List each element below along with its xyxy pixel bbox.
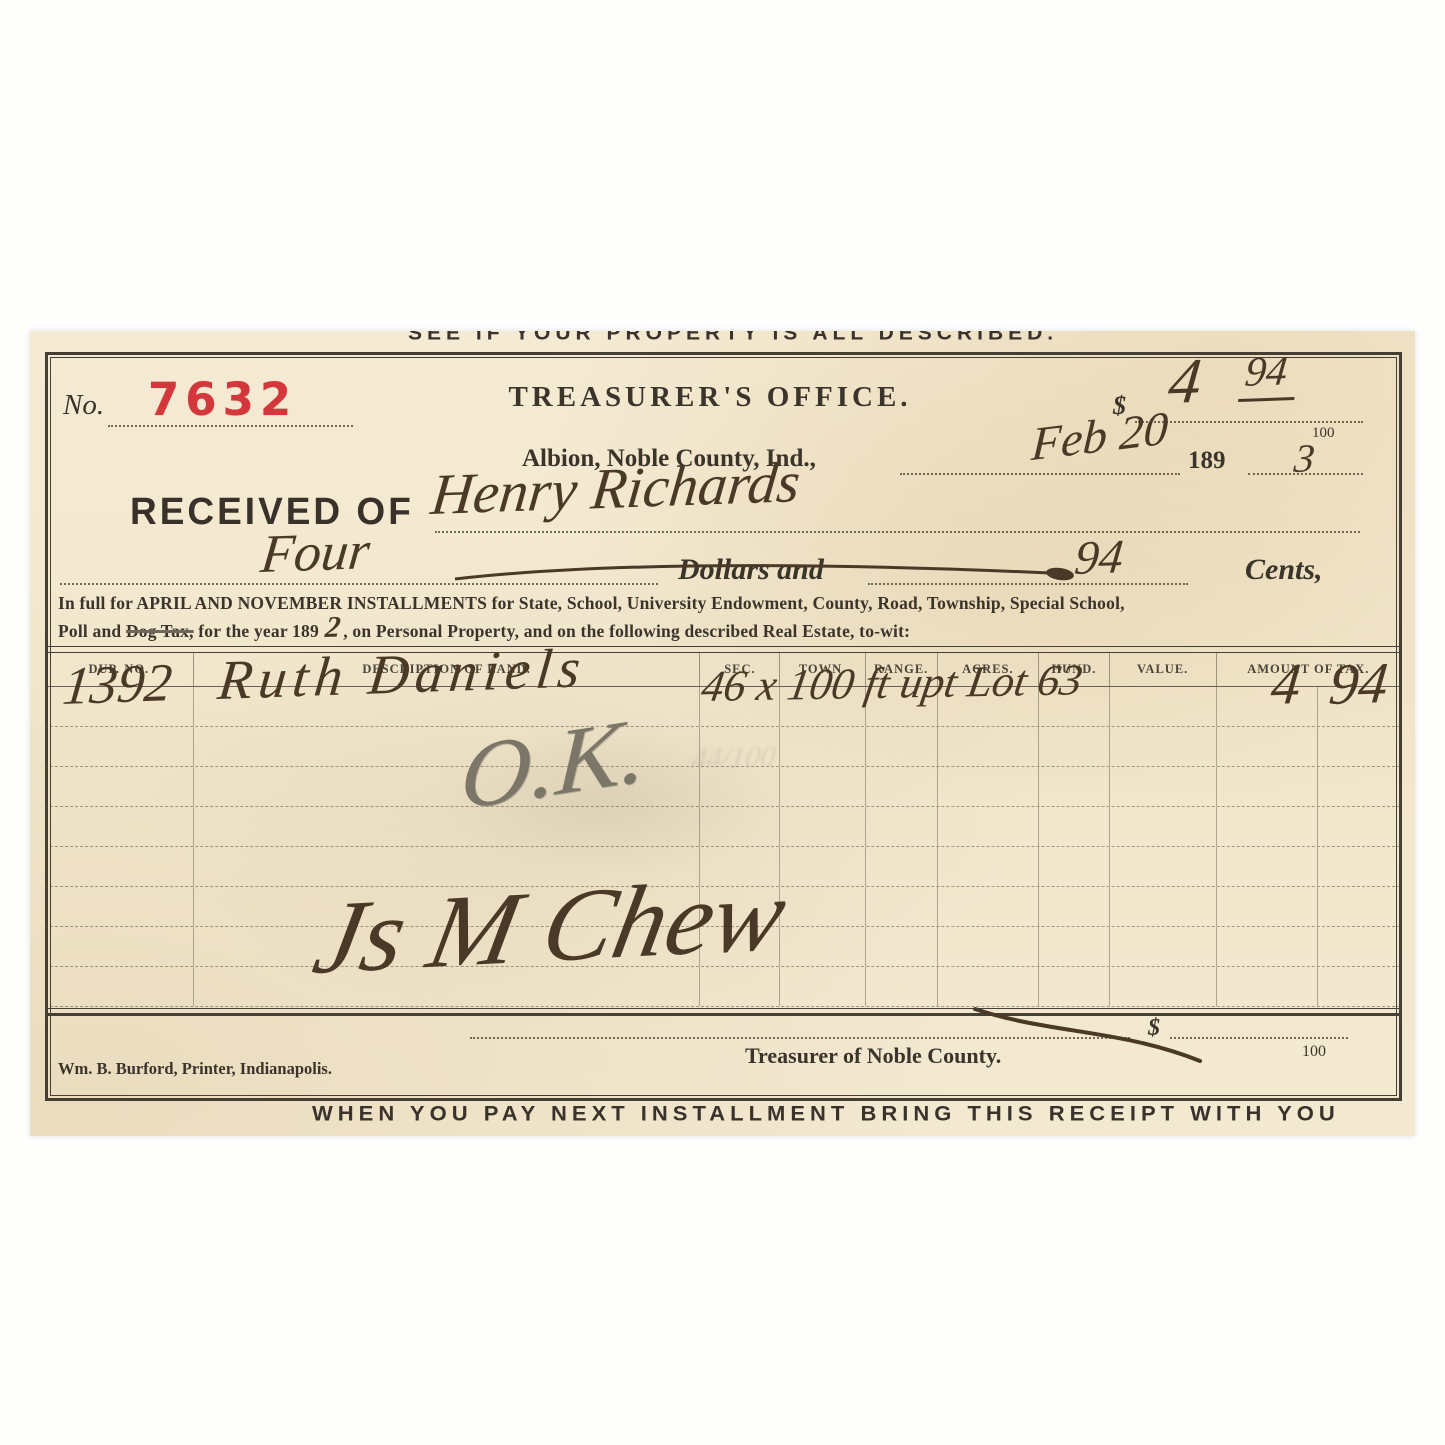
printer-credit: Wm. B. Burford, Printer, Indianapolis.: [58, 1059, 332, 1079]
table-cell: [45, 727, 193, 766]
table-cell: [865, 847, 937, 886]
table-cell: [779, 767, 864, 806]
treasurer-label: Treasurer of Noble County.: [745, 1043, 1001, 1069]
signature-line: [470, 1037, 1130, 1039]
table-cell: [45, 887, 193, 926]
fine-print-line2-pre: Poll and: [58, 621, 126, 641]
fine-print-line2-mid: for the year 189: [194, 621, 319, 641]
fine-print-line1: In full for APRIL AND NOVEMBER INSTALLME…: [58, 591, 1125, 615]
table-cell: [45, 807, 193, 846]
table-cell: [1038, 927, 1108, 966]
footer-denominator: 100: [1302, 1043, 1326, 1061]
amount-line: [1135, 421, 1363, 423]
signature-flourish: [970, 999, 1230, 1079]
table-cell: [937, 807, 1039, 846]
table-cell: [779, 727, 864, 766]
table-cell: [45, 847, 193, 886]
table-cell: [1216, 807, 1400, 846]
bottom-banner-text: WHEN YOU PAY NEXT INSTALLMENT BRING THIS…: [312, 1102, 1340, 1127]
table-cell: [1038, 767, 1108, 806]
table-cell: [1038, 727, 1108, 766]
table-cell: [1109, 727, 1216, 766]
row-description-extended-handwritten: 46 x 100 ft upt Lot 63: [698, 654, 1086, 712]
table-cell: [1216, 887, 1400, 926]
table-cell: [865, 767, 937, 806]
amount-cents-handwritten: 94: [1238, 347, 1300, 402]
table-cell: [937, 727, 1039, 766]
table-cell: [45, 927, 193, 966]
cents-handwritten: 94: [1072, 529, 1126, 586]
footer-dollar-sign: $: [1148, 1015, 1160, 1042]
row-description-handwritten: Ruth Daniels: [215, 636, 589, 713]
payer-handwritten: Henry Richards: [428, 448, 803, 528]
top-banner-text: SEE IF YOUR PROPERTY IS ALL DESCRIBED.: [408, 331, 1058, 345]
table-cell: [1038, 807, 1108, 846]
table-cell: [779, 927, 864, 966]
table-cell: [779, 807, 864, 846]
table-cell: [779, 967, 864, 1006]
row-dup-no-handwritten: 1392: [60, 651, 175, 717]
table-cell: [865, 807, 937, 846]
row-amount-cents-handwritten: 94: [1326, 649, 1391, 718]
table-cell: [1216, 727, 1400, 766]
table-cell: [45, 967, 193, 1006]
table-cell: [865, 727, 937, 766]
table-cell: [45, 767, 193, 806]
year-printed: 189: [1188, 447, 1226, 475]
col-header-value: VALUE.: [1109, 653, 1216, 686]
receipt-paper: SEE IF YOUR PROPERTY IS ALL DESCRIBED. N…: [30, 331, 1415, 1136]
table-cell: [937, 887, 1039, 926]
table-cell: [865, 927, 937, 966]
table-cell: [1109, 847, 1216, 886]
receipt-number: 7632: [148, 373, 297, 426]
tax-year-handwritten: 2: [324, 615, 342, 640]
table-cell: [1216, 967, 1400, 1006]
amount-words-handwritten: Four: [258, 519, 373, 585]
receipt-no-label: No.: [63, 389, 104, 422]
table-cell: [937, 767, 1039, 806]
table-cell: [1109, 927, 1216, 966]
table-cell: [865, 887, 937, 926]
table-cell: [779, 887, 864, 926]
table-cell: [1038, 847, 1108, 886]
payer-line: [435, 531, 1360, 533]
table-cell: [1109, 767, 1216, 806]
table-cell: [937, 847, 1039, 886]
office-title: TREASURER'S OFFICE.: [470, 381, 950, 414]
table-cell: [1109, 807, 1216, 846]
fine-print-dog-tax-struck: Dog Tax,: [126, 621, 194, 641]
cents-label: Cents,: [1245, 553, 1323, 587]
amount-words-flourish: [450, 557, 1100, 587]
table-cell: [937, 927, 1039, 966]
table-cell: [1109, 687, 1216, 726]
table-cell: [1109, 887, 1216, 926]
table-cell: [1038, 887, 1108, 926]
table-cell: [1216, 767, 1400, 806]
fine-print-line2-post: , on Personal Property, and on the follo…: [343, 621, 910, 641]
table-cell: [1216, 927, 1400, 966]
table-cell: [865, 967, 937, 1006]
table-cell: [1216, 847, 1400, 886]
date-line-left: [900, 473, 1180, 475]
footer-amount-line: [1170, 1037, 1348, 1039]
